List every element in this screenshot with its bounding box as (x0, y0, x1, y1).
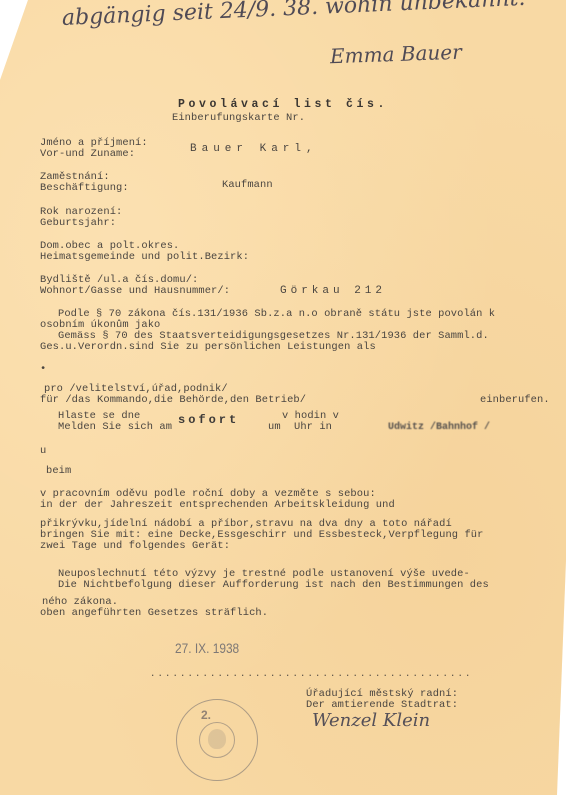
handwritten-signature-stadtrat: Wenzel Klein (312, 710, 430, 731)
report-de-um: um (268, 422, 281, 433)
field-label-de: Wohnort/Gasse und Hausnummer/: (40, 286, 230, 297)
fur-de: für /das Kommando,die Behörde,den Betrie… (40, 395, 306, 406)
u-label: u (40, 446, 46, 457)
field-label-de: Geburtsjahr: (40, 218, 116, 229)
field-label-de: Heimatsgemeinde und polit.Bezirk: (40, 252, 249, 263)
field-value-residence: Görkau 212 (280, 285, 386, 297)
report-where-value: Udwitz /Bahnhof / (388, 422, 490, 433)
seal-inner-ring (199, 722, 235, 758)
date-stamp: 27. IX. 1938 (175, 640, 239, 656)
document-title-cz: Povolávací list čís. (178, 98, 388, 111)
field-label-de: Beschäftigung: (40, 183, 129, 194)
coat-of-arms-icon (208, 729, 226, 749)
field-label-de: Vor-und Zuname: (40, 149, 135, 160)
report-de-day: Melden Sie sich am (58, 422, 172, 433)
report-de-uhr: Uhr in (294, 422, 332, 433)
official-seal: 2. (176, 699, 258, 781)
report-when-value: sofort (178, 413, 239, 427)
bullet: • (40, 364, 46, 375)
document-title-de: Einberufungskarte Nr. (172, 113, 305, 124)
einberufen: einberufen. (480, 395, 550, 406)
seal-number: 2. (201, 708, 211, 722)
clothing-de: in der der Jahreszeit entsprechenden Arb… (40, 500, 395, 511)
penalty-de-line2: oben angeführten Gesetzes sträflich. (40, 608, 268, 619)
handwritten-signature-emma-bauer: Emma Bauer (330, 40, 462, 69)
field-value-name: Bauer Karl, (190, 143, 318, 155)
bring-de-line2: zwei Tage und folgendes Gerät: (40, 541, 230, 552)
beim-label: beim (46, 466, 71, 477)
signature-dotted-line: ........................................… (150, 669, 473, 679)
field-value-occupation: Kaufmann (222, 180, 273, 191)
para1-de-line2: Ges.u.Verordn.sind Sie zu persönlichen L… (40, 342, 376, 353)
penalty-de-line1: Die Nichtbefolgung dieser Aufforderung i… (58, 580, 489, 591)
